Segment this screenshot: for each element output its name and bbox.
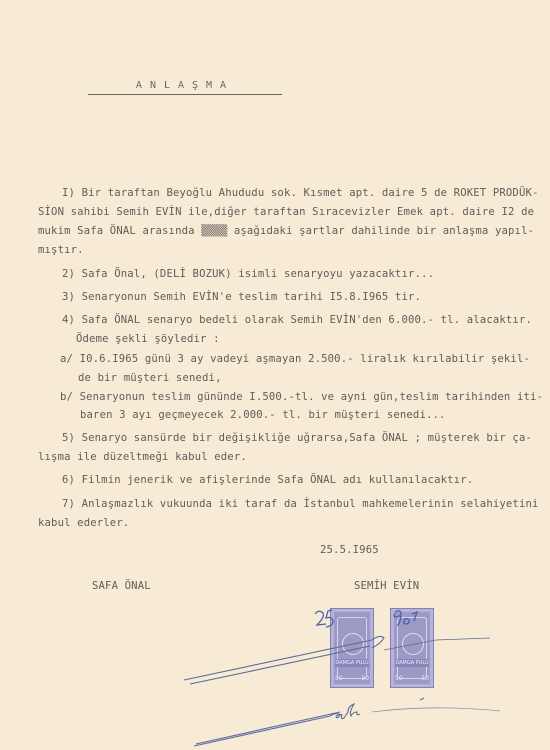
document-page: ANLAŞMA I) Bir taraftan Beyoğlu Ahududu … <box>0 0 550 750</box>
signatures-and-handwriting <box>0 0 550 750</box>
handwritten-date-icon <box>315 610 417 627</box>
signature-left-icon <box>194 698 500 746</box>
signature-right-icon <box>184 636 490 684</box>
